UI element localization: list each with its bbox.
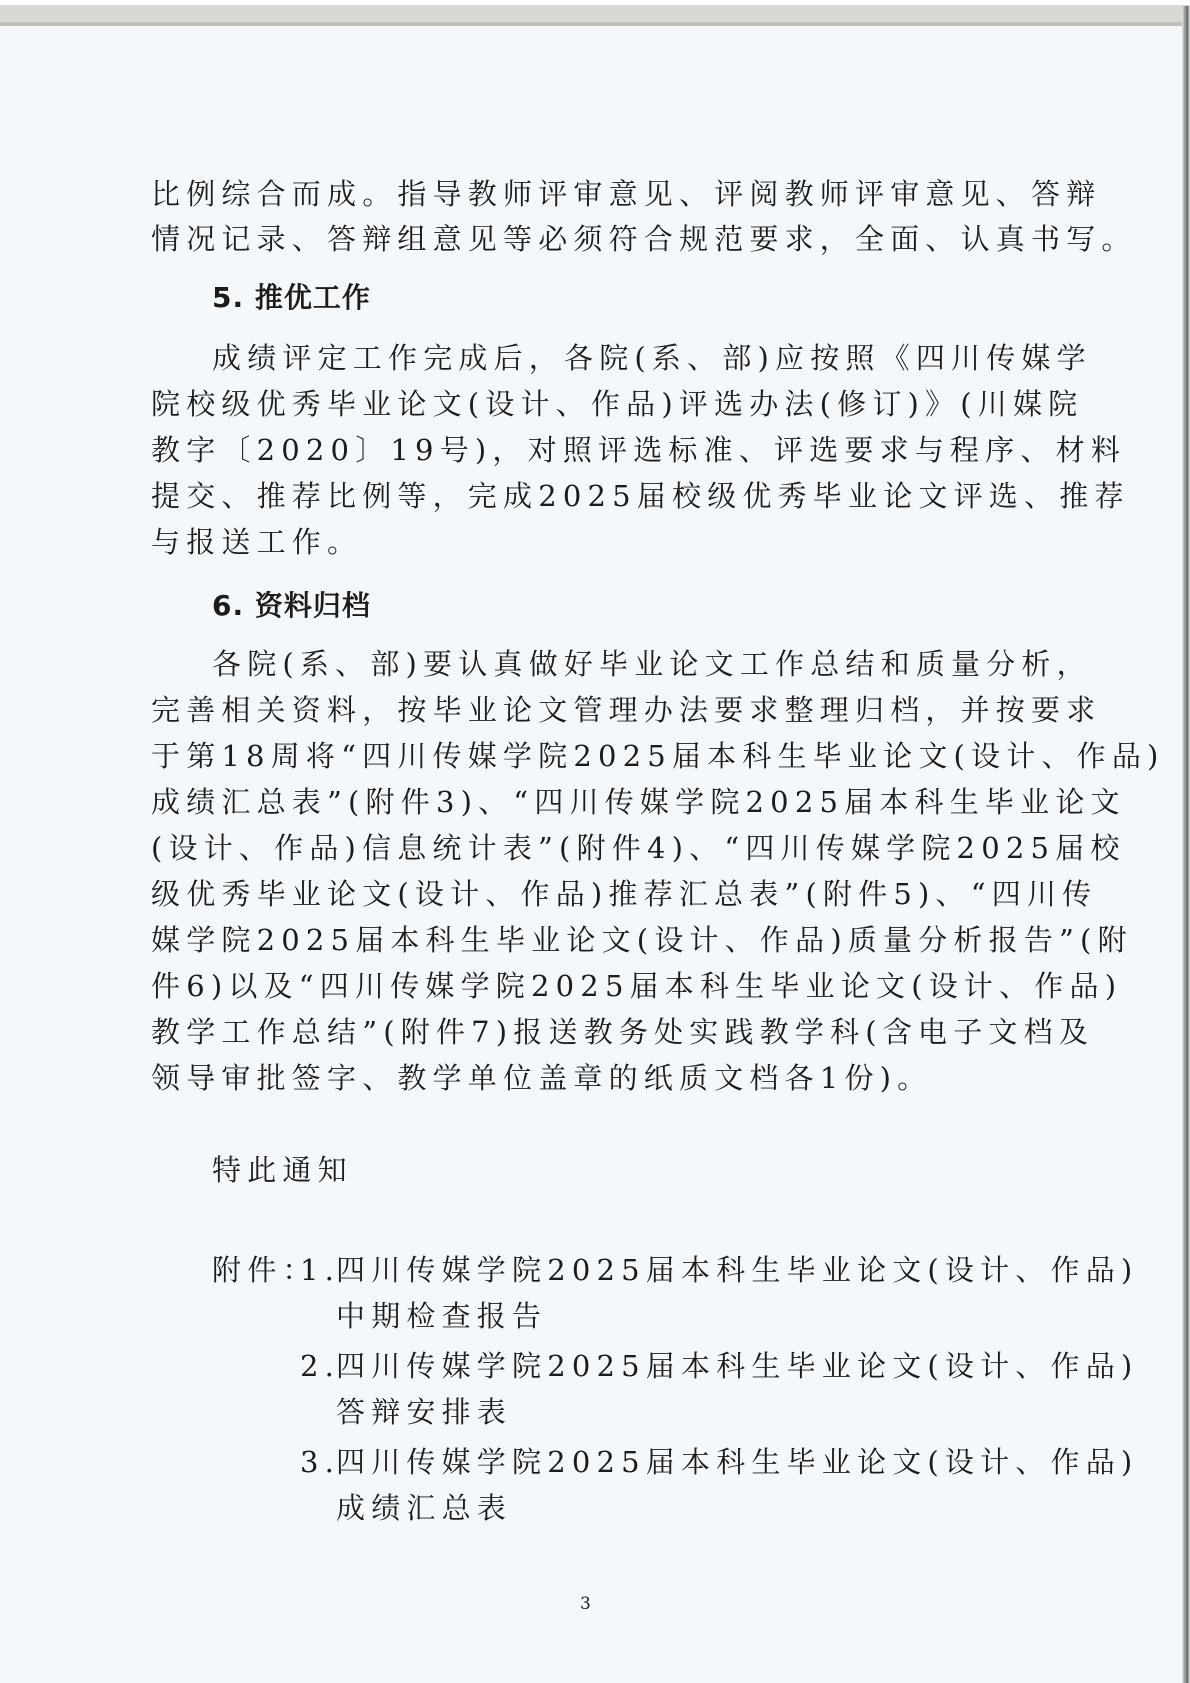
paragraph-line: 比例综合而成。指导教师评审意见、评阅教师评审意见、答辩 xyxy=(151,176,1101,212)
document-page: 比例综合而成。指导教师评审意见、评阅教师评审意见、答辩 情况记录、答辩组意见等必… xyxy=(0,0,1190,1683)
paragraph-line: 教字〔2020〕19号)，对照评选标准、评选要求与程序、材料 xyxy=(151,432,1126,468)
page-number: 3 xyxy=(580,1594,591,1614)
attachment-title-cont: 中期检查报告 xyxy=(336,1298,547,1334)
paragraph-line: 件6)以及“四川传媒学院2025届本科生毕业论文(设计、作品) xyxy=(151,968,1122,1004)
attachment-title: 四川传媒学院2025届本科生毕业论文(设计、作品) xyxy=(336,1348,1138,1384)
attachment-number: 2. xyxy=(300,1348,340,1384)
paragraph-line: (设计、作品)信息统计表”(附件4)、“四川传媒学院2025届校 xyxy=(151,830,1126,866)
attachment-title: 四川传媒学院2025届本科生毕业论文(设计、作品) xyxy=(336,1444,1138,1480)
paragraph-line: 与报送工作。 xyxy=(151,524,362,560)
attachment-title-cont: 成绩汇总表 xyxy=(336,1490,512,1526)
paragraph-line: 院校级优秀毕业论文(设计、作品)评选办法(修订)》(川媒院 xyxy=(151,386,1083,422)
attachment-number: 3. xyxy=(300,1444,340,1480)
paragraph-line: 情况记录、答辩组意见等必须符合规范要求，全面、认真书写。 xyxy=(151,221,1137,257)
paragraph-line: 成绩汇总表”(附件3)、“四川传媒学院2025届本科生毕业论文 xyxy=(151,784,1126,820)
section-heading-6: 6. 资料归档 xyxy=(212,588,371,624)
paragraph-line: 各院(系、部)要认真做好毕业论文工作总结和质量分析， xyxy=(212,646,1092,682)
attachment-title: 四川传媒学院2025届本科生毕业论文(设计、作品) xyxy=(336,1252,1138,1288)
attachment-title-cont: 答辩安排表 xyxy=(336,1394,512,1430)
section-heading-5: 5. 推优工作 xyxy=(212,280,371,316)
paragraph-line: 成绩评定工作完成后，各院(系、部)应按照《四川传媒学 xyxy=(212,340,1092,376)
paragraph-line: 领导审批签字、教学单位盖章的纸质文档各1份)。 xyxy=(151,1060,932,1096)
paragraph-line: 提交、推荐比例等，完成2025届校级优秀毕业论文评选、推荐 xyxy=(151,478,1130,514)
attachment-number: 1. xyxy=(300,1252,340,1288)
paragraph-line: 级优秀毕业论文(设计、作品)推荐汇总表”(附件5)、“四川传 xyxy=(151,876,1097,912)
paragraph-line: 完善相关资料，按毕业论文管理办法要求整理归档，并按要求 xyxy=(151,692,1101,728)
paragraph-line: 教学工作总结”(附件7)报送教务处实践教学科(含电子文档及 xyxy=(151,1014,1094,1050)
paragraph-line: 媒学院2025届本科生毕业论文(设计、作品)质量分析报告”(附 xyxy=(151,922,1133,958)
paragraph-line: 于第18周将“四川传媒学院2025届本科生毕业论文(设计、作品) xyxy=(151,738,1165,774)
closing-text: 特此通知 xyxy=(212,1152,353,1188)
